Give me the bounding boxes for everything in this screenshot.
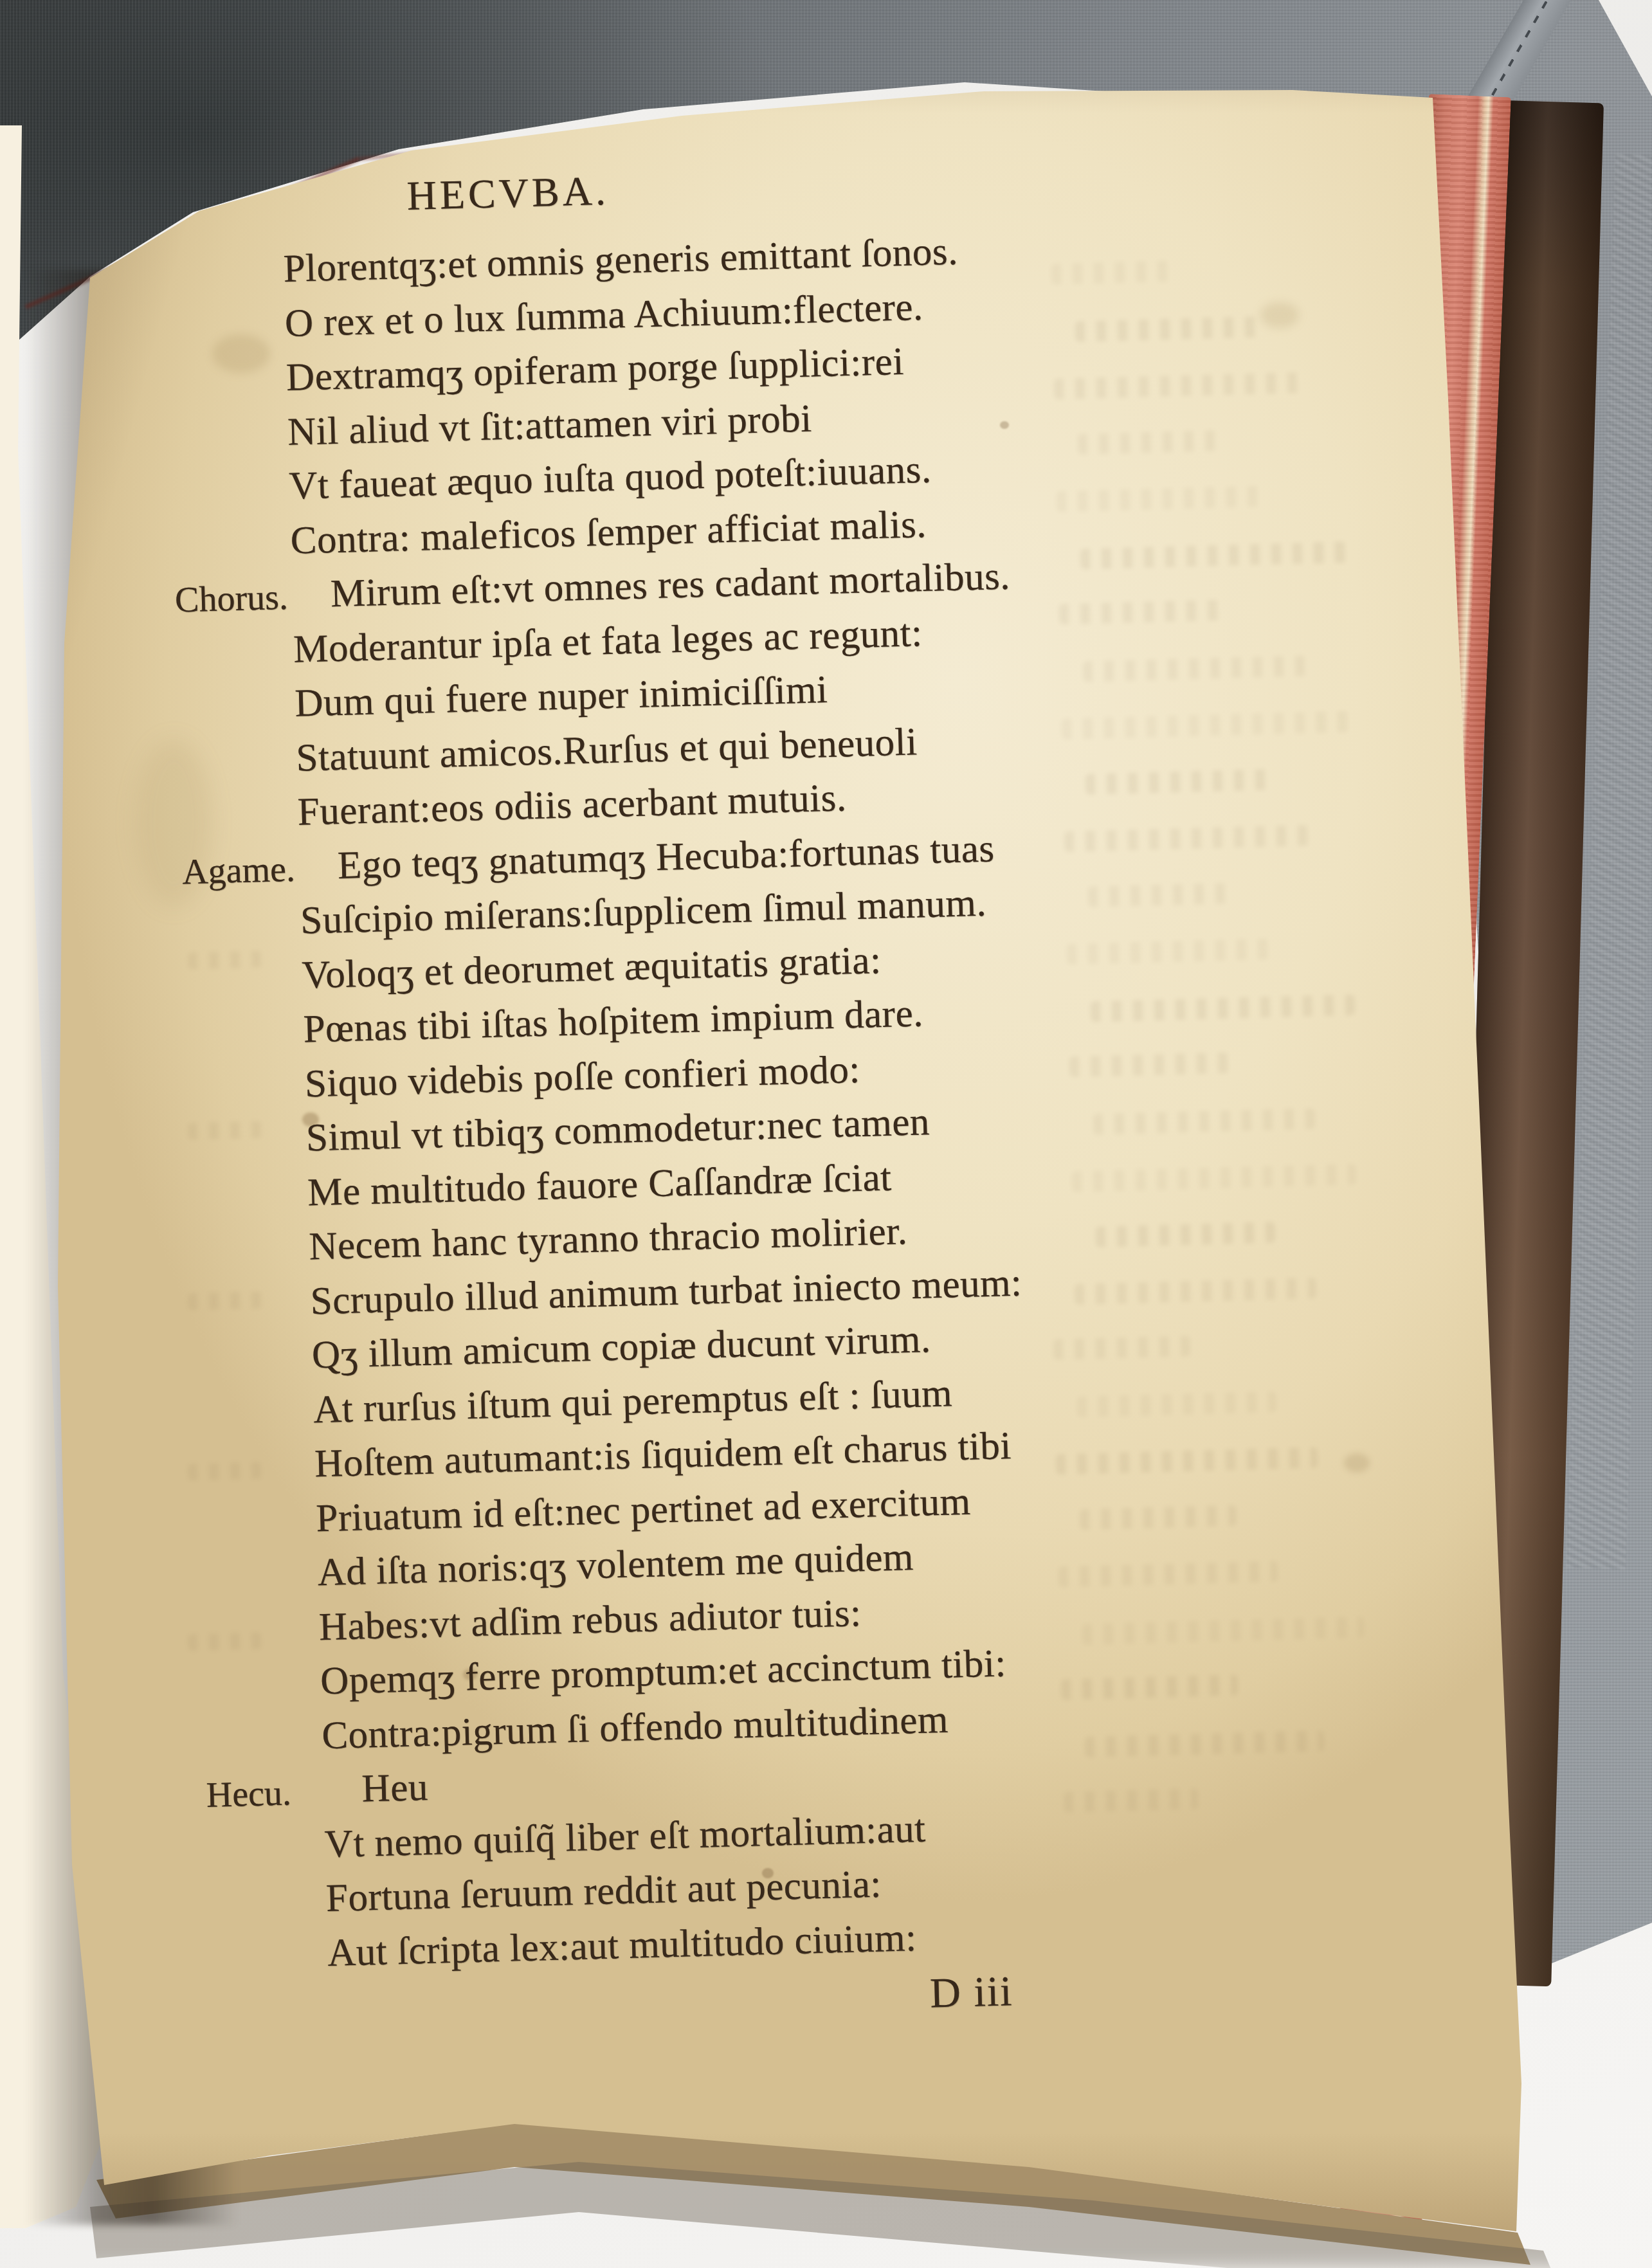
- verse-text: Heu: [323, 1766, 429, 1811]
- speaker-label: Agame.: [181, 851, 295, 890]
- verse-lines: Plorentqʒ:et omnis generis emittant ſono…: [283, 231, 1047, 1988]
- speaker-label: Hecu.: [206, 1775, 292, 1813]
- page-text-block: HECVBA. Plorentqʒ:et omnis generis emitt…: [281, 160, 1048, 2034]
- foxing-stain: [1344, 1453, 1370, 1473]
- signature-mark: D iii: [929, 1967, 1013, 2018]
- foxing-stain: [212, 334, 270, 373]
- book-photo: HECVBA. Plorentqʒ:et omnis generis emitt…: [0, 0, 1652, 2268]
- verse-text: Plorentqʒ:et omnis generis emittant ſono…: [283, 230, 959, 290]
- speaker-label: Chorus.: [174, 579, 288, 619]
- foxing-stain: [1260, 302, 1299, 328]
